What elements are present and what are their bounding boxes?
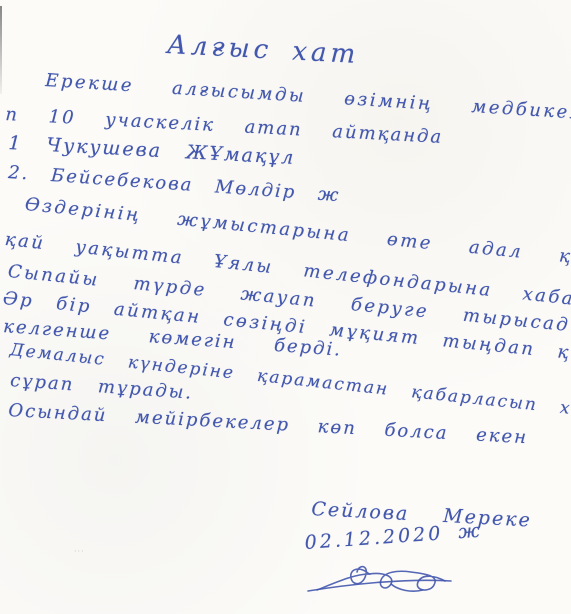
handwritten-letter-page: Алғыс хат Ерекше алғысымды өзімнің медби… — [0, 0, 571, 614]
letter-title: Алғыс хат — [166, 30, 360, 70]
signature-date: 02.12.2020 ж — [304, 520, 484, 554]
signature-flourish — [303, 560, 459, 606]
handwritten-line: Осындай мейірбекелер көп болса екен — [8, 400, 529, 448]
scan-edge-artifact — [0, 6, 2, 94]
paper-speck-artifact: ··· — [74, 547, 86, 550]
signature-flourish-drawing — [303, 560, 459, 606]
